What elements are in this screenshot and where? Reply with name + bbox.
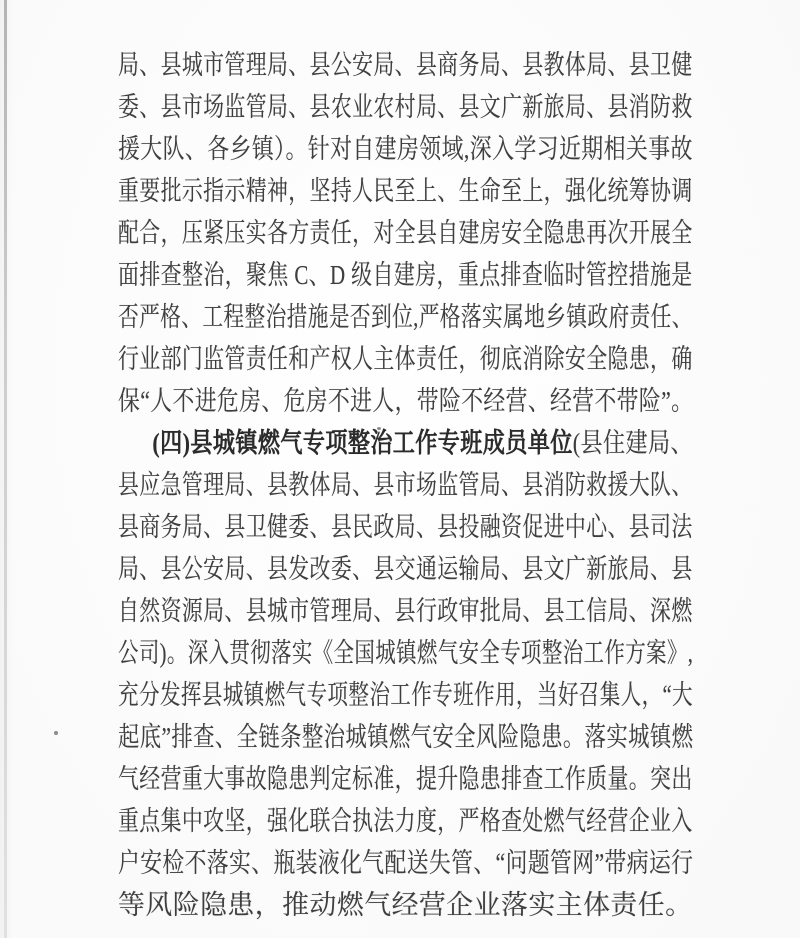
text-line: 公司)。深入贯彻落实《全国城镇燃气安全专项整治工作方案》, <box>118 632 554 674</box>
section-heading-bold: (四)县城镇燃气专项整治工作专班成员单位 <box>152 428 572 458</box>
text-line: 起底”排查、全链条整治城镇燃气安全风险隐患。落实城镇燃 <box>118 716 573 758</box>
text-line: 重点集中攻坚，强化联合执法力度，严格查处燃气经营企业入 <box>118 800 563 842</box>
text-line: 充分发挥县城镇燃气专项整治工作专班作用，当好召集人，“大 <box>118 674 556 716</box>
text-line: 重要批示指示精神，坚持人民至上、生命至上，强化统筹协调 <box>118 170 563 212</box>
text-line: 否严格、工程整治措施是否到位,严格落实属地乡镇政府责任、 <box>118 296 559 338</box>
text-line: 气经营重大事故隐患判定标准，提升隐患排查工作质量。突出 <box>118 758 563 800</box>
text-line-paragraph-end: 等风险隐患，推动燃气经营企业落实主体责任。 <box>118 884 690 926</box>
ink-speck <box>54 731 58 735</box>
text-line: 户安检不落实、瓶装液化气配送失管、“问题管网”带病运行 <box>118 842 582 884</box>
text-line: 配合，压紧压实各方责任，对全县自建房安全隐患再次开展全 <box>118 212 563 254</box>
text-line: 局、县城市管理局、县公安局、县商务局、县教体局、县卫健 <box>118 44 563 86</box>
section-heading-rest: (县住建局、 <box>573 428 693 458</box>
text-line: 委、县市场监管局、县农业农村局、县文广新旅局、县消防救 <box>118 86 563 128</box>
text-line: 面排查整治，聚焦 C、D 级自建房，重点排查临时管控措施是 <box>118 254 564 296</box>
text-line: 援大队、各乡镇）。针对自建房领域,深入学习近期相关事故 <box>118 128 584 170</box>
text-line: 行业部门监管责任和产权人主体责任，彻底消除安全隐患，确 <box>118 338 563 380</box>
text-line: 保“人不进危房、危房不进人，带险不经营、经营不带险”。 <box>118 380 582 422</box>
text-line: 自然资源局、县城市管理局、县行政审批局、县工信局、深燃 <box>118 590 563 632</box>
text-line: 县商务局、县卫健委、县民政局、县投融资促进中心、县司法 <box>118 506 563 548</box>
text-line: 县应急管理局、县教体局、县市场监管局、县消防救援大队、 <box>118 464 563 506</box>
scanner-edge-shadow <box>4 0 7 938</box>
document-text-block: 局、县城市管理局、县公安局、县商务局、县教体局、县卫健 委、县市场监管局、县农业… <box>118 44 693 926</box>
text-line: 局、县公安局、县发改委、县交通运输局、县文广新旅局、县 <box>118 548 563 590</box>
scanned-document-page: 局、县城市管理局、县公安局、县商务局、县教体局、县卫健 委、县市场监管局、县农业… <box>0 0 800 938</box>
section-heading-line: (四)县城镇燃气专项整治工作专班成员单位(县住建局、 <box>118 422 588 464</box>
